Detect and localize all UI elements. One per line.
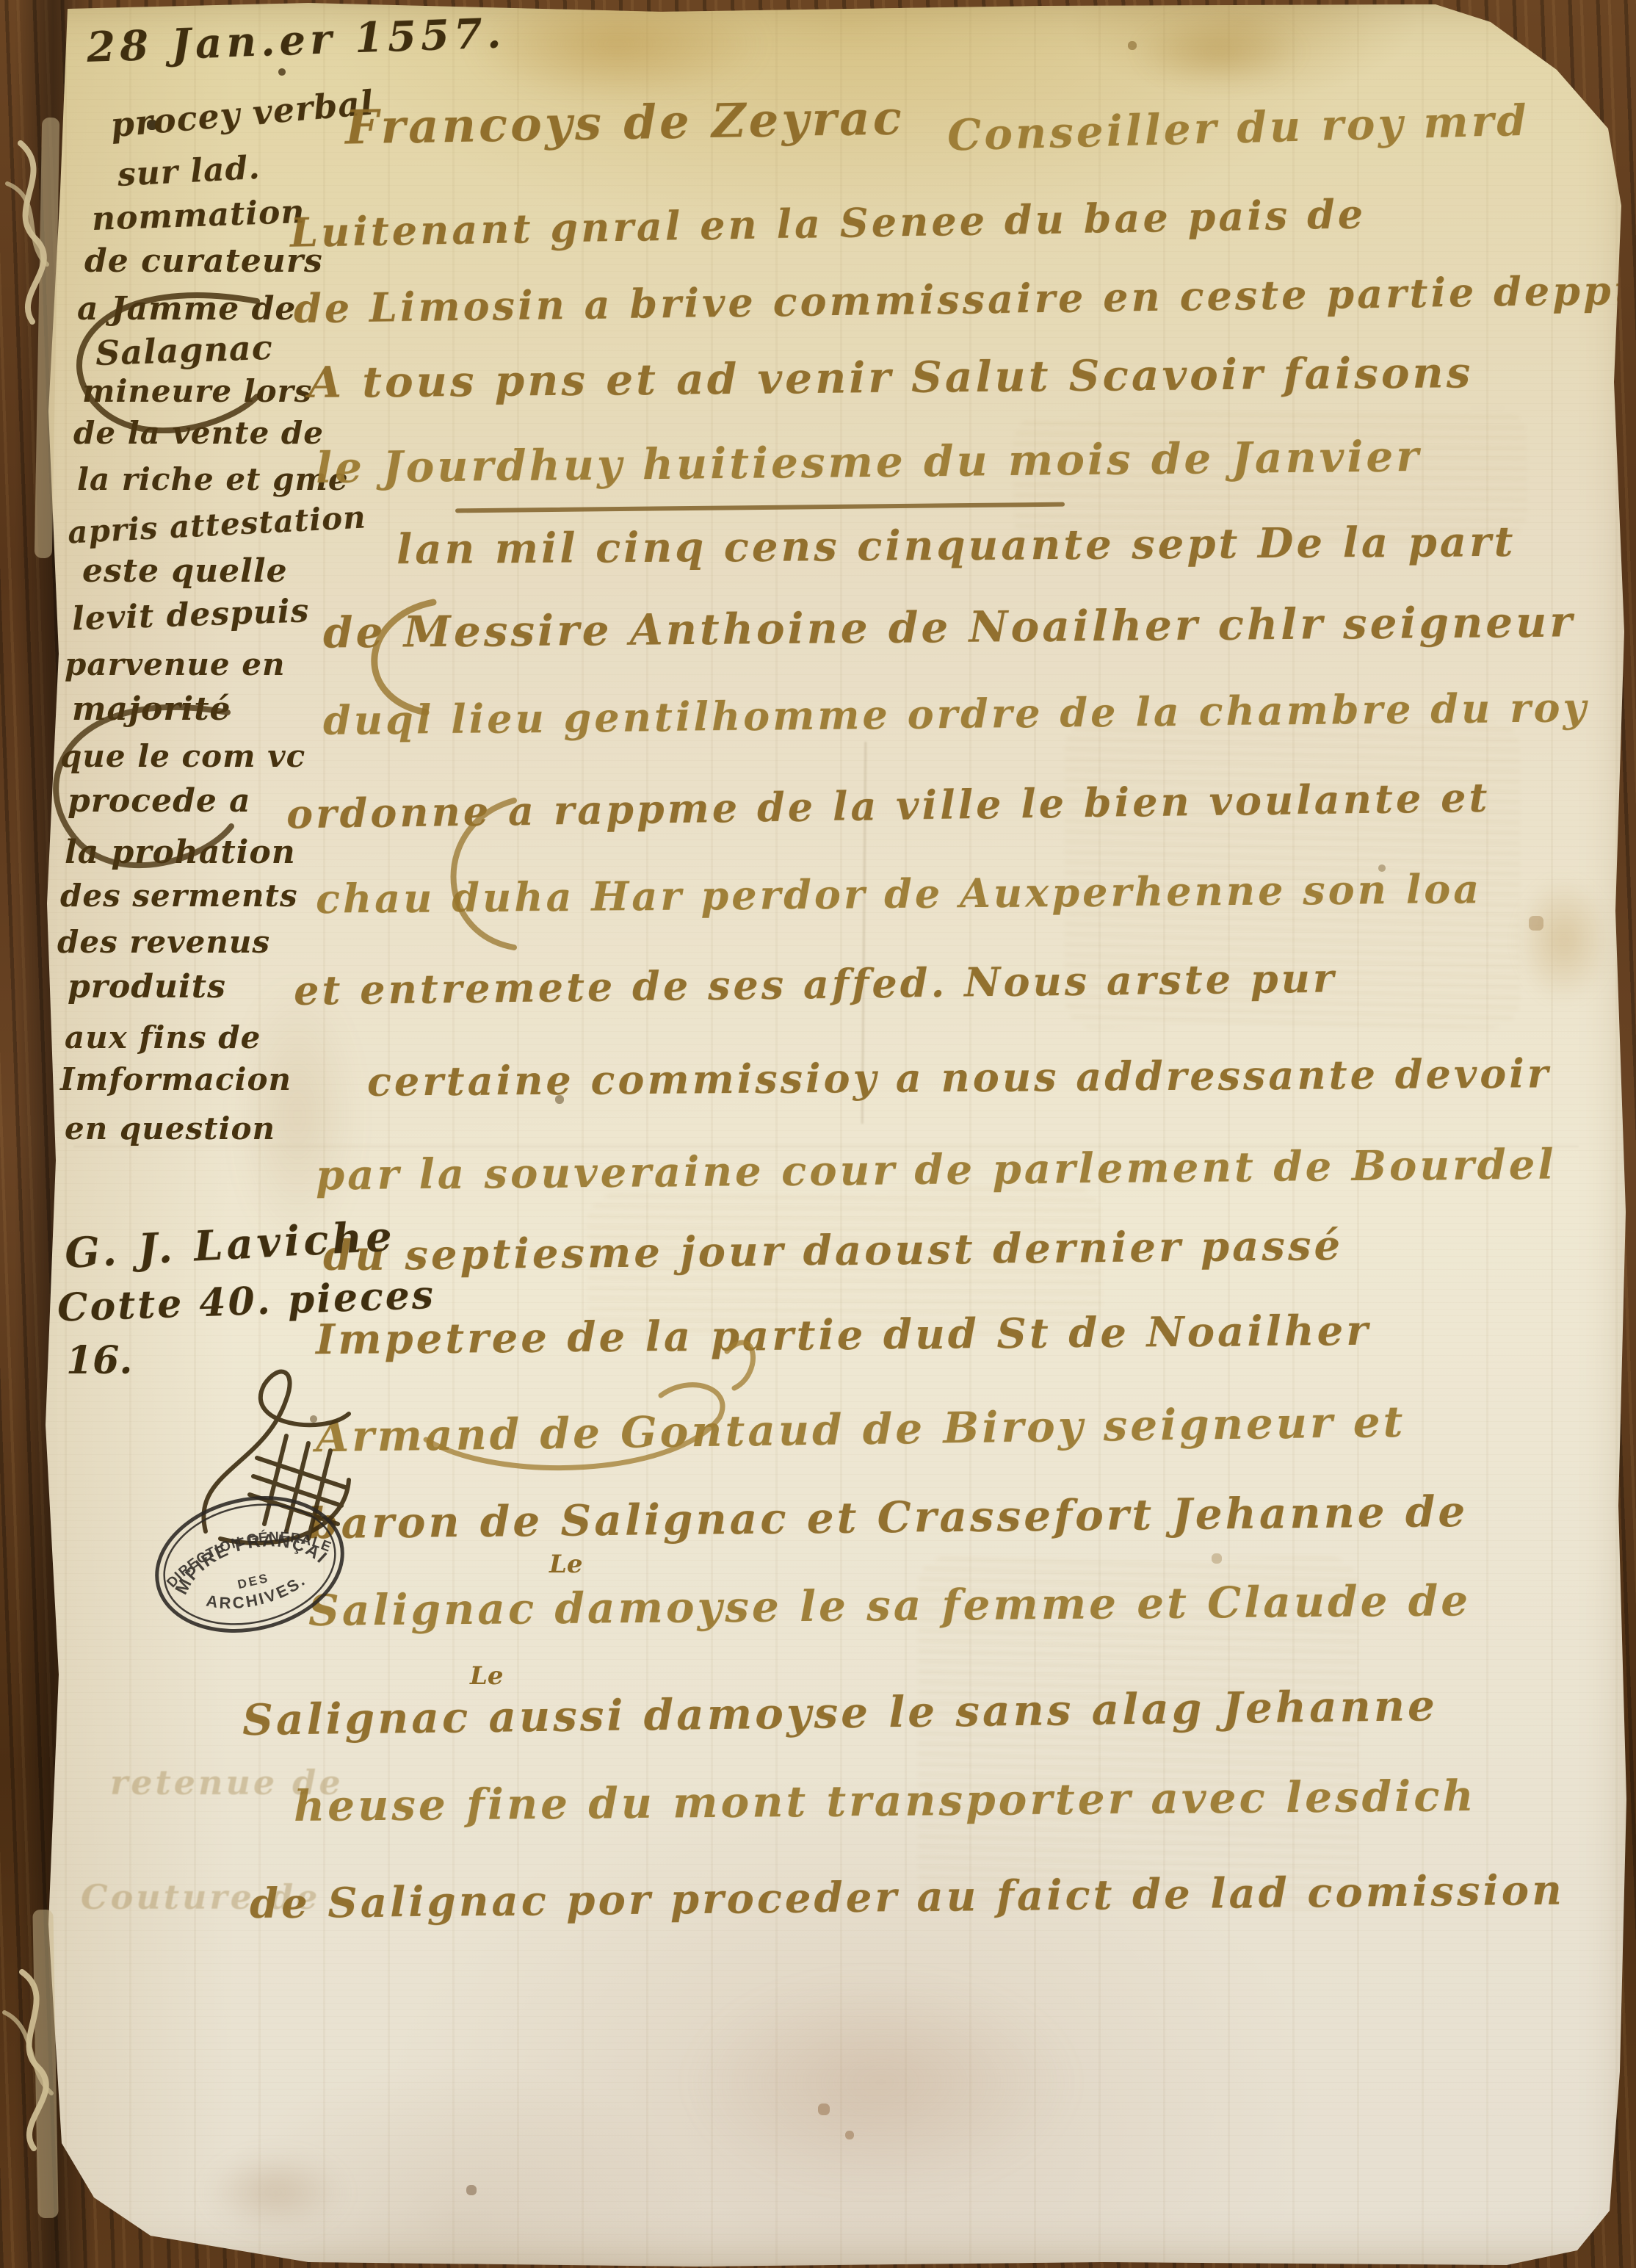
superscript-note: Le <box>549 1550 583 1579</box>
margin-note: este quelle <box>82 552 288 590</box>
body-line: lan mil cinq cens cinquante sept De la p… <box>397 518 1516 574</box>
margin-note: sur lad. <box>117 149 261 194</box>
margin-note: la riche et gme <box>77 461 349 497</box>
manuscript-photo: 28 Jan.er 1557. procey verbal sur lad. n… <box>0 0 1636 2268</box>
margin-note: apris attestation <box>67 499 367 550</box>
parchment-page: 28 Jan.er 1557. procey verbal sur lad. n… <box>0 0 1636 2268</box>
initial-flourish <box>345 588 448 727</box>
stain <box>617 1939 1145 2225</box>
initial-flourish <box>411 779 529 969</box>
margin-note: levit despuis <box>71 592 310 638</box>
faded-word: retenue de <box>110 1763 344 1802</box>
body-line: du septiesme jour daoust dernier passé <box>323 1221 1344 1281</box>
underline-stroke <box>455 502 1065 513</box>
body-line: Conseiller du roy mrd <box>947 95 1530 161</box>
body-line: Luitenant gnral en la Senee du bae pais … <box>290 190 1367 256</box>
body-line: baron de Salignac et Crassefort Jehanne … <box>308 1487 1469 1549</box>
body-line: de Limosin a brive commissaire en ceste … <box>294 266 1636 333</box>
body-line: par la souveraine cour de parlement de B… <box>316 1141 1557 1200</box>
pen-flourish <box>411 1307 764 1484</box>
body-line: Salignac damoyse le sa femme et Claude d… <box>308 1575 1472 1636</box>
body-line: de Salignac por proceder au faict de lad… <box>250 1866 1565 1929</box>
margin-note: procey verbal <box>109 82 375 145</box>
body-line: de Messire Anthoine de Noailher chlr sei… <box>323 597 1575 658</box>
stain <box>1101 4 1336 99</box>
faded-word: Couture de <box>81 1877 320 1917</box>
body-line: certaine commissioy a nous addressante d… <box>367 1050 1552 1105</box>
body-line: A tous pns et ad venir Salut Scavoir fai… <box>308 347 1474 408</box>
margin-note: nommation <box>91 193 305 238</box>
body-line: heuse fine du mont transporter avec lesd… <box>294 1771 1477 1831</box>
binding-thread <box>0 0 103 2268</box>
stain <box>176 2137 374 2247</box>
body-line: Francoys de Zeyrac <box>344 90 905 155</box>
superscript-note: Le <box>470 1661 504 1691</box>
